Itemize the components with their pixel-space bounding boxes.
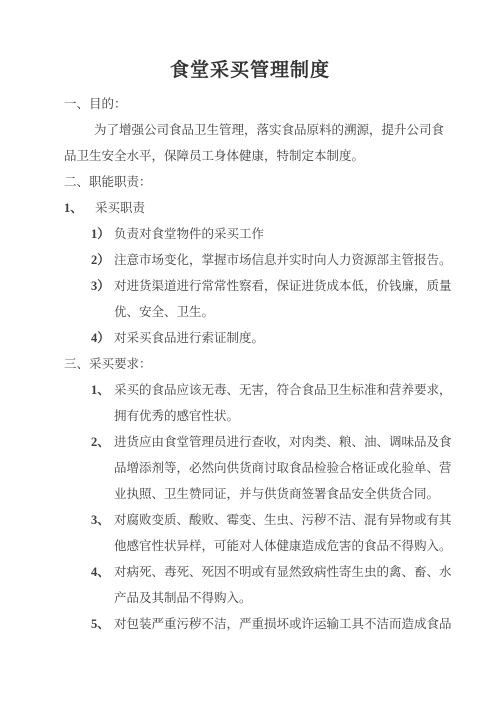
- duty-item-3-marker: 3）: [91, 273, 114, 299]
- subsection-purchasing-duties-marker: 1、: [64, 195, 95, 221]
- section-requirements-heading: 三、采买要求：: [64, 351, 454, 377]
- requirement-item-5-text: 对包装严重污秽不洁，严重损坏或许运输工具不洁而造成食品: [114, 611, 454, 637]
- purpose-paragraph: 为了增强公司食品卫生管理，落实食品原料的溯源，提升公司食 品卫生安全水平，保障员…: [64, 117, 454, 169]
- duty-item-4-text: 对采买食品进行索证制度。: [114, 325, 454, 351]
- requirement-item-3: 3、 对腐败变质、酸败、霉变、生虫、污秽不洁、混有异物或有其 他感官性状异样，可…: [64, 507, 454, 559]
- document-content: 食堂采买管理制度 一、目的： 为了增强公司食品卫生管理，落实食品原料的溯源，提升…: [0, 0, 500, 637]
- duty-item-2-text: 注意市场变化，掌握市场信息并实时向人力资源部主管报告。: [114, 247, 454, 273]
- section-duties-heading: 二、职能职责：: [64, 169, 454, 195]
- requirement-item-4-marker: 4、: [91, 559, 114, 585]
- duty-item-1-marker: 1）: [91, 221, 114, 247]
- duty-item-3: 3） 对进货渠道进行常常性察看，保证进货成本低，价钱廉，质量 优、安全、卫生。: [64, 273, 454, 325]
- duty-item-1-text: 负责对食堂物件的采买工作: [114, 221, 454, 247]
- requirement-item-5-marker: 5、: [91, 611, 114, 637]
- requirement-item-4-text: 对病死、毒死、死因不明或有显然致病性寄生虫的禽、畜、水 产品及其制品不得购入。: [114, 559, 454, 611]
- document-title: 食堂采买管理制度: [64, 57, 436, 84]
- duty-item-1: 1） 负责对食堂物件的采买工作: [64, 221, 454, 247]
- duty-item-2-marker: 2）: [91, 247, 114, 273]
- requirement-item-5: 5、 对包装严重污秽不洁，严重损坏或许运输工具不洁而造成食品: [64, 611, 454, 637]
- requirement-item-2-text: 进货应由食堂管理员进行查收，对肉类、粮、油、调味品及食 品增添剂等，必然向供货商…: [114, 429, 454, 507]
- subsection-purchasing-duties: 1、采买职责: [64, 195, 454, 221]
- section-purpose-heading: 一、目的：: [64, 91, 454, 117]
- duty-item-3-text: 对进货渠道进行常常性察看，保证进货成本低，价钱廉，质量 优、安全、卫生。: [114, 273, 454, 325]
- requirement-item-1: 1、 采买的食品应该无毒、无害，符合食品卫生标准和营养要求， 拥有优秀的感官性状…: [64, 377, 454, 429]
- requirement-item-3-marker: 3、: [91, 507, 114, 533]
- requirement-item-2-marker: 2、: [91, 429, 114, 455]
- duty-item-4-marker: 4）: [91, 325, 114, 351]
- requirement-item-3-text: 对腐败变质、酸败、霉变、生虫、污秽不洁、混有异物或有其 他感官性状异样，可能对人…: [114, 507, 454, 559]
- duty-item-2: 2） 注意市场变化，掌握市场信息并实时向人力资源部主管报告。: [64, 247, 454, 273]
- requirement-item-2: 2、 进货应由食堂管理员进行查收，对肉类、粮、油、调味品及食 品增添剂等，必然向…: [64, 429, 454, 507]
- requirement-item-1-text: 采买的食品应该无毒、无害，符合食品卫生标准和营养要求， 拥有优秀的感官性状。: [114, 377, 454, 429]
- duty-item-4: 4） 对采买食品进行索证制度。: [64, 325, 454, 351]
- document-page: 食堂采买管理制度 一、目的： 为了增强公司食品卫生管理，落实食品原料的溯源，提升…: [0, 0, 500, 708]
- requirement-item-4: 4、 对病死、毒死、死因不明或有显然致病性寄生虫的禽、畜、水 产品及其制品不得购…: [64, 559, 454, 611]
- subsection-purchasing-duties-label: 采买职责: [95, 201, 145, 215]
- requirement-item-1-marker: 1、: [91, 377, 114, 403]
